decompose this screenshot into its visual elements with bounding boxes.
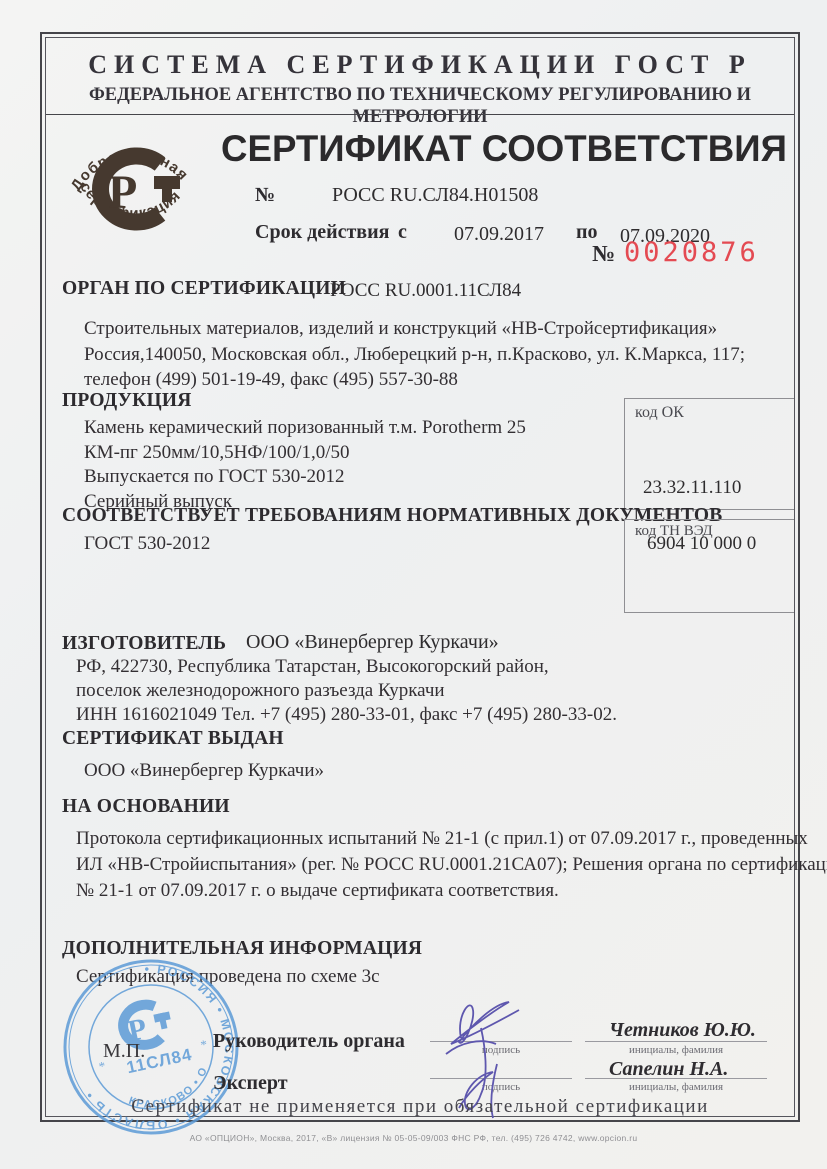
organ-address: Строительных материалов, изделий и конст… (84, 316, 745, 393)
logo-t-stem (162, 176, 172, 202)
printer-fineprint: АО «ОПЦИОН», Москва, 2017, «В» лицензия … (0, 1133, 827, 1143)
conformity-document: ГОСТ 530-2012 (84, 533, 210, 555)
expert-name-line (585, 1078, 767, 1079)
stamp-star-right: * (199, 1036, 208, 1052)
ok-code-value: 23.32.11.110 (643, 477, 741, 499)
basis-line: № 21-1 от 07.09.2017 г. о выдаче сертифи… (76, 878, 827, 904)
issued-to-section-label: СЕРТИФИКАТ ВЫДАН (62, 728, 284, 750)
manufacturer-section-label: ИЗГОТОВИТЕЛЬ (62, 633, 226, 655)
production-line: КМ-пг 250мм/10,5НФ/100/1,0/50 (84, 441, 526, 466)
manufacturer-address-line: поселок железнодорожного разъезда Куркач… (76, 679, 617, 703)
logo-p-letter: Р (108, 166, 137, 219)
basis-section-label: НА ОСНОВАНИИ (62, 796, 230, 818)
serial-number: 0020876 (624, 237, 759, 268)
certificate-inner-frame: СИСТЕМА СЕРТИФИКАЦИИ ГОСТ Р ФЕДЕРАЛЬНОЕ … (45, 37, 795, 1117)
basis-line: Протокола сертификационных испытаний № 2… (76, 826, 827, 852)
signature-stroke-1 (451, 1002, 519, 1044)
rst-voluntary-certification-logo: Добровольная сертификация Р (56, 118, 212, 260)
production-line: Камень керамический поризованный т.м. Po… (84, 416, 526, 441)
head-role-label: Руководитель органа (213, 1030, 405, 1053)
organ-section-label: ОРГАН ПО СЕРТИФИКАЦИИ (62, 278, 346, 300)
tnved-code-value: 6904 10 000 0 (647, 533, 756, 555)
tnved-code-box: код ТН ВЭД 6904 10 000 0 (624, 519, 794, 613)
footer-disclaimer: Сертификат не применяется при обязательн… (46, 1096, 794, 1118)
cert-number-value: РОСС RU.СЛ84.Н01508 (332, 184, 538, 207)
manufacturer-address-line: РФ, 422730, Республика Татарстан, Высоко… (76, 655, 617, 679)
head-name-line (585, 1041, 767, 1042)
additional-section-label: ДОПОЛНИТЕЛЬНАЯ ИНФОРМАЦИЯ (62, 938, 422, 960)
head-name-sublabel: инициалы, фамилия (585, 1044, 767, 1056)
ok-code-box: код ОК 23.32.11.110 (624, 398, 794, 510)
head-name: Четников Ю.Ю. (609, 1019, 756, 1042)
production-description: Камень керамический поризованный т.м. Po… (84, 416, 526, 514)
header-divider (46, 114, 794, 115)
production-line: Выпускается по ГОСТ 530-2012 (84, 465, 526, 490)
certificate-outer-frame: СИСТЕМА СЕРТИФИКАЦИИ ГОСТ Р ФЕДЕРАЛЬНОЕ … (40, 32, 800, 1122)
issued-to-name: ООО «Винербергер Куркачи» (84, 760, 324, 782)
production-section-label: ПРОДУКЦИЯ (62, 390, 191, 412)
organ-address-line: телефон (499) 501-19-49, факс (495) 557-… (84, 367, 745, 393)
organ-address-line: Строительных материалов, изделий и конст… (84, 316, 745, 342)
basis-text: Протокола сертификационных испытаний № 2… (76, 826, 827, 904)
ok-code-label: код ОК (635, 404, 684, 422)
validity-label: Срок действия (255, 221, 389, 244)
validity-from-date: 07.09.2017 (454, 223, 544, 246)
validity-from-label: с (398, 221, 407, 244)
certificate-title: СЕРТИФИКАТ СООТВЕТСТВИЯ (221, 128, 787, 170)
serial-label: № (592, 241, 615, 267)
manufacturer-name: ООО «Винербергер Куркачи» (246, 631, 499, 654)
system-header: СИСТЕМА СЕРТИФИКАЦИИ ГОСТ Р (46, 50, 794, 80)
certificate-page: СИСТЕМА СЕРТИФИКАЦИИ ГОСТ Р ФЕДЕРАЛЬНОЕ … (0, 0, 827, 1169)
mp-label: М.П. (103, 1040, 145, 1063)
expert-role-label: Эксперт (213, 1072, 288, 1095)
basis-line: ИЛ «НВ-Стройиспытания» (рег. № РОСС RU.0… (76, 852, 827, 878)
expert-name-sublabel: инициалы, фамилия (585, 1081, 767, 1093)
manufacturer-address-line: ИНН 1616021049 Тел. +7 (495) 280-33-01, … (76, 703, 617, 727)
cert-number-label: № (255, 184, 275, 207)
organ-code: РОСС RU.0001.11СЛ84 (330, 280, 521, 302)
organ-address-line: Россия,140050, Московская обл., Люберецк… (84, 342, 745, 368)
manufacturer-address: РФ, 422730, Республика Татарстан, Высоко… (76, 655, 617, 727)
